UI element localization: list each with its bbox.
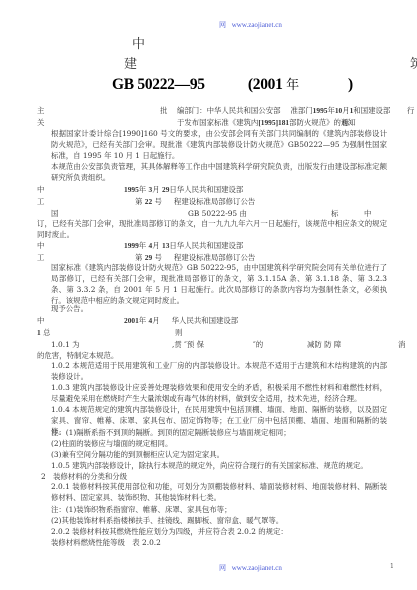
s101-e: 消 [398, 339, 405, 350]
standard-code-line: GB 50222—95 (2001 年 ) [112, 74, 353, 94]
meta-row2-c7: 标 [342, 117, 349, 128]
notice1-date: 1995年 3月 29日华人民共和国建设部 [124, 184, 243, 195]
note-1-2: (2)柱面的装修应与墙面的规定相同。 [51, 438, 172, 449]
title-line1: 中 [132, 33, 145, 52]
notice1-row1-c1: 中 [37, 184, 44, 195]
notice1-number: 第 22 号程建设标准局部修订公告 [135, 196, 255, 207]
note-1-1: 注：(1)隔断系指不到顶的隔断。到顶的固定隔断装修应与墙面规定相同； [51, 427, 291, 438]
meta-row1-c11: 行 [407, 105, 414, 116]
notice2-date: 1999年 4月 13日华人民共和国建设部 [124, 240, 243, 251]
meta-row1-editor: 编部门：中华人民共和国公安部准部门1995年10月1和国建设部 [177, 105, 390, 116]
watermark-url: www.zaojianet.cn [232, 564, 282, 572]
meta-row2-c1: 关 [37, 117, 44, 128]
edition-year-char: 年 [286, 78, 299, 93]
paragraph-approval: 根据国家计委计综合[1990]160 号文的要求，由公安部会同有关部门共同编制的… [37, 128, 387, 161]
notice3-date: 2001年 4月华人民共和国建设部 [124, 315, 238, 326]
edition-close: ) [348, 76, 353, 93]
paragraph-management: 本规范由公安部负责管理，其具体解释等工作由中国建筑科学研究院负责，出版发行由建设… [37, 161, 387, 183]
section-1-0-3: 1.0.3 建筑内部装修设计应妥善处理装修效果和使用安全的矛盾，积极采用不燃性材… [37, 382, 387, 404]
section-2-0-2: 2.0.2 装修材料按其燃烧性能应划分为四级，并应符合表 2.0.2 的规定： [51, 526, 288, 537]
notice2-row1-c1: 中 [37, 240, 44, 251]
notice2-body: 国家标准《建筑内部装修设计防火规范》GB 50222-95，由中国建筑科学研究院… [37, 262, 387, 306]
s101-b: ,贯 ″预 保 [172, 339, 204, 350]
edition-open: (2001 [248, 76, 283, 93]
meta-row1-c2: 批 [160, 105, 167, 116]
watermark-top[interactable]: 网 www.zaojianet.cn [219, 20, 282, 30]
notice1-row2-c1: 工 [37, 196, 44, 207]
meta-row1-c1: 主 [37, 105, 44, 116]
watermark-url: www.zaojianet.cn [232, 21, 282, 29]
section-1-0-5: 1.0.5 建筑内部装修设计，除执行本规范的规定外，尚应符合现行的有关国家标准、… [51, 460, 368, 471]
note-1-3: (3)兼有空间分隔功能的到顶橱柜应认定为固定家具。 [51, 449, 224, 460]
standard-code: GB 50222—95 [112, 76, 205, 93]
notice1-body: 订，已经有关部门会审，现批准局部修订的条文，自一九九九年六月一日起施行，该规范中… [37, 218, 387, 240]
title-line2-right: 筑 [410, 53, 417, 72]
section-1-0-2: 1.0.2 本规范适用于民用建筑和工业厂房的内部装修设计。本规范不适用于古建筑和… [37, 360, 387, 382]
table-caption: 装修材料燃烧性能等级 表 2.0.2 [51, 537, 161, 548]
watermark-footer[interactable]: 网 www.zaojianet.cn [219, 563, 282, 573]
note-2-2: (2)其他装饰材料系指楼梯扶手、挂镜线、踢脚板、窗帘盒、暖气罩等。 [51, 515, 283, 526]
chapter1-heading-right: 则 [175, 327, 182, 338]
chapter1-heading-left: 1 总 [37, 327, 50, 338]
s101-d: 减防 防 障 [307, 339, 341, 350]
notice2-closing: 现予公告。 [51, 303, 88, 314]
meta-row2-notice: 于发布国家标准《建筑内[1995]181部防火规范》的通知 [177, 117, 356, 128]
page-number: 1 [390, 563, 394, 570]
title-line2-left: 建 [124, 53, 137, 72]
web-icon: 网 [219, 21, 226, 29]
note-2-1: 注：(1)装饰织物系指窗帘、帷幕、床罩、家具包布等； [51, 504, 231, 515]
s101-c: ″的 [253, 339, 263, 350]
web-icon: 网 [219, 564, 226, 572]
section-2-0-1: 2.0.1 装修材料按其使用部位和功能，可划分为顶棚装修材料、墙面装修材料、地面… [37, 481, 387, 503]
notice3-c1: 中 [37, 315, 44, 326]
s101-a: 1.0.1 为 [51, 339, 80, 350]
